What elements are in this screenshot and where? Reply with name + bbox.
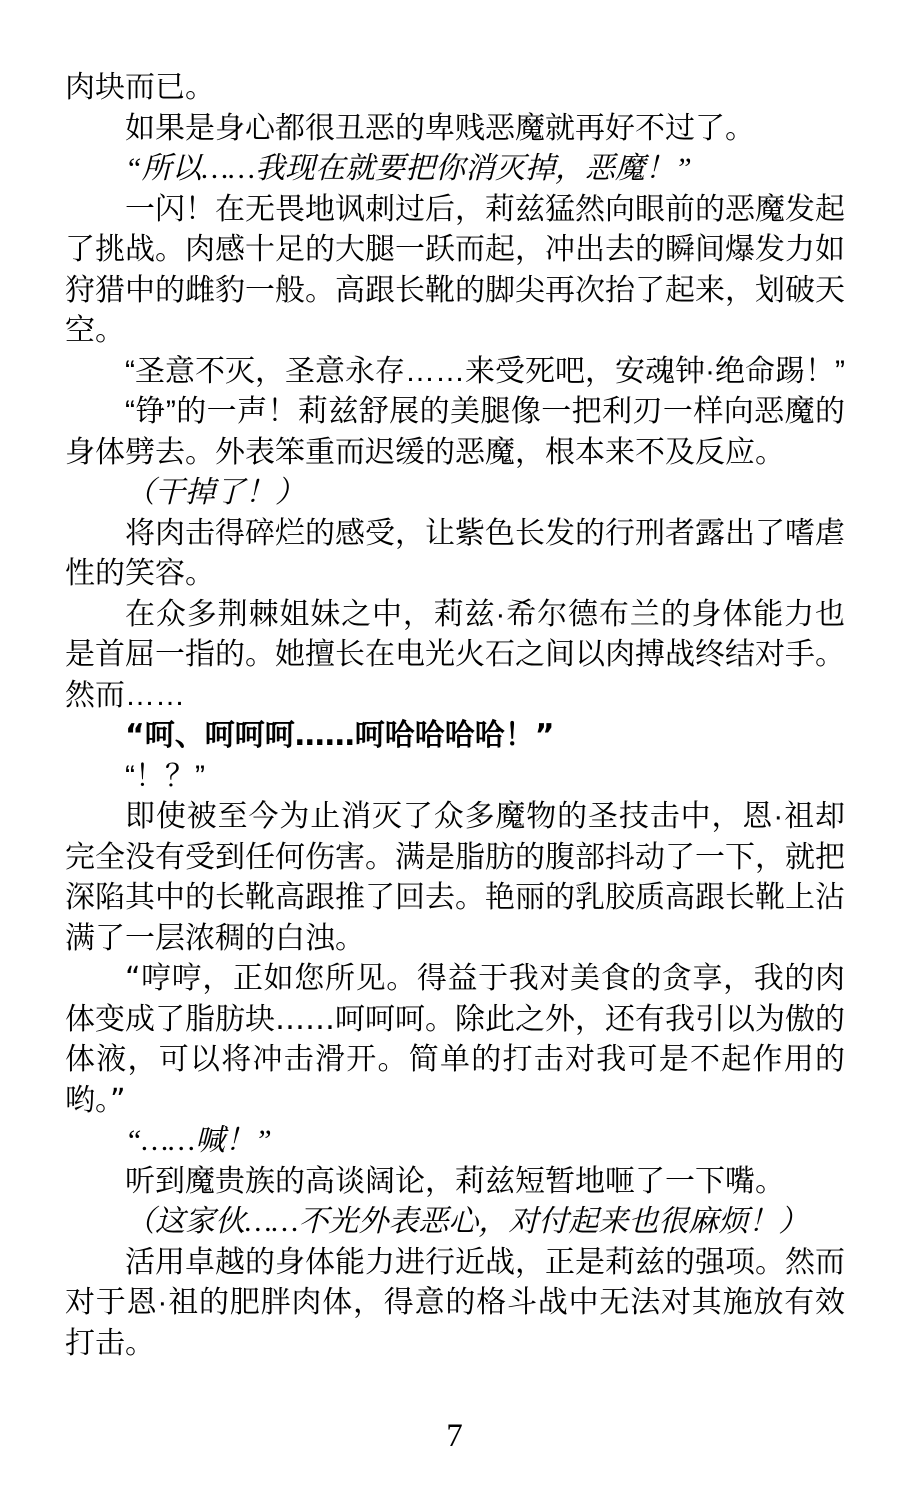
paragraph: “铮”的一声！莉兹舒展的美腿像一把利刃一样向恶魔的身体劈去。外表笨重而迟缓的恶魔… (65, 392, 845, 473)
paragraph: “！？” (65, 757, 845, 798)
page-footer: 7 (0, 1418, 909, 1455)
paragraph: （干掉了！） (65, 473, 845, 514)
paragraph: “圣意不灭，圣意永存……来受死吧，安魂钟·绝命踢！” (65, 352, 845, 393)
paragraph: “呵、呵呵呵……呵哈哈哈哈！” (65, 716, 845, 757)
paragraph: 肉块而已。 (65, 68, 845, 109)
paragraph: “所以……我现在就要把你消灭掉，恶魔！” (65, 149, 845, 190)
paragraph: “哼哼，正如您所见。得益于我对美食的贪享，我的肉体变成了脂肪块……呵呵呵。除此之… (65, 959, 845, 1121)
paragraph: 一闪！在无畏地讽刺过后，莉兹猛然向眼前的恶魔发起了挑战。肉感十足的大腿一跃而起，… (65, 190, 845, 352)
paragraph: 即使被至今为止消灭了众多魔物的圣技击中，恩·祖却完全没有受到任何伤害。满是脂肪的… (65, 797, 845, 959)
paragraph: 活用卓越的身体能力进行近战，正是莉兹的强项。然而对于恩·祖的肥胖肉体，得意的格斗… (65, 1243, 845, 1365)
page-number: 7 (446, 1418, 463, 1454)
paragraph: 如果是身心都很丑恶的卑贱恶魔就再好不过了。 (65, 109, 845, 150)
paragraph: 听到魔贵族的高谈阔论，莉兹短暂地咂了一下嘴。 (65, 1162, 845, 1203)
paragraph: 将肉击得碎烂的感受，让紫色长发的行刑者露出了嗜虐性的笑容。 (65, 514, 845, 595)
paragraph: 在众多荆棘姐妹之中，莉兹·希尔德布兰的身体能力也是首屈一指的。她擅长在电光火石之… (65, 595, 845, 717)
page-content: 肉块而已。如果是身心都很丑恶的卑贱恶魔就再好不过了。“所以……我现在就要把你消灭… (65, 68, 845, 1364)
novel-page: 肉块而已。如果是身心都很丑恶的卑贱恶魔就再好不过了。“所以……我现在就要把你消灭… (0, 0, 909, 1488)
paragraph: （这家伙……不光外表恶心，对付起来也很麻烦！） (65, 1202, 845, 1243)
paragraph: “……喊！” (65, 1121, 845, 1162)
